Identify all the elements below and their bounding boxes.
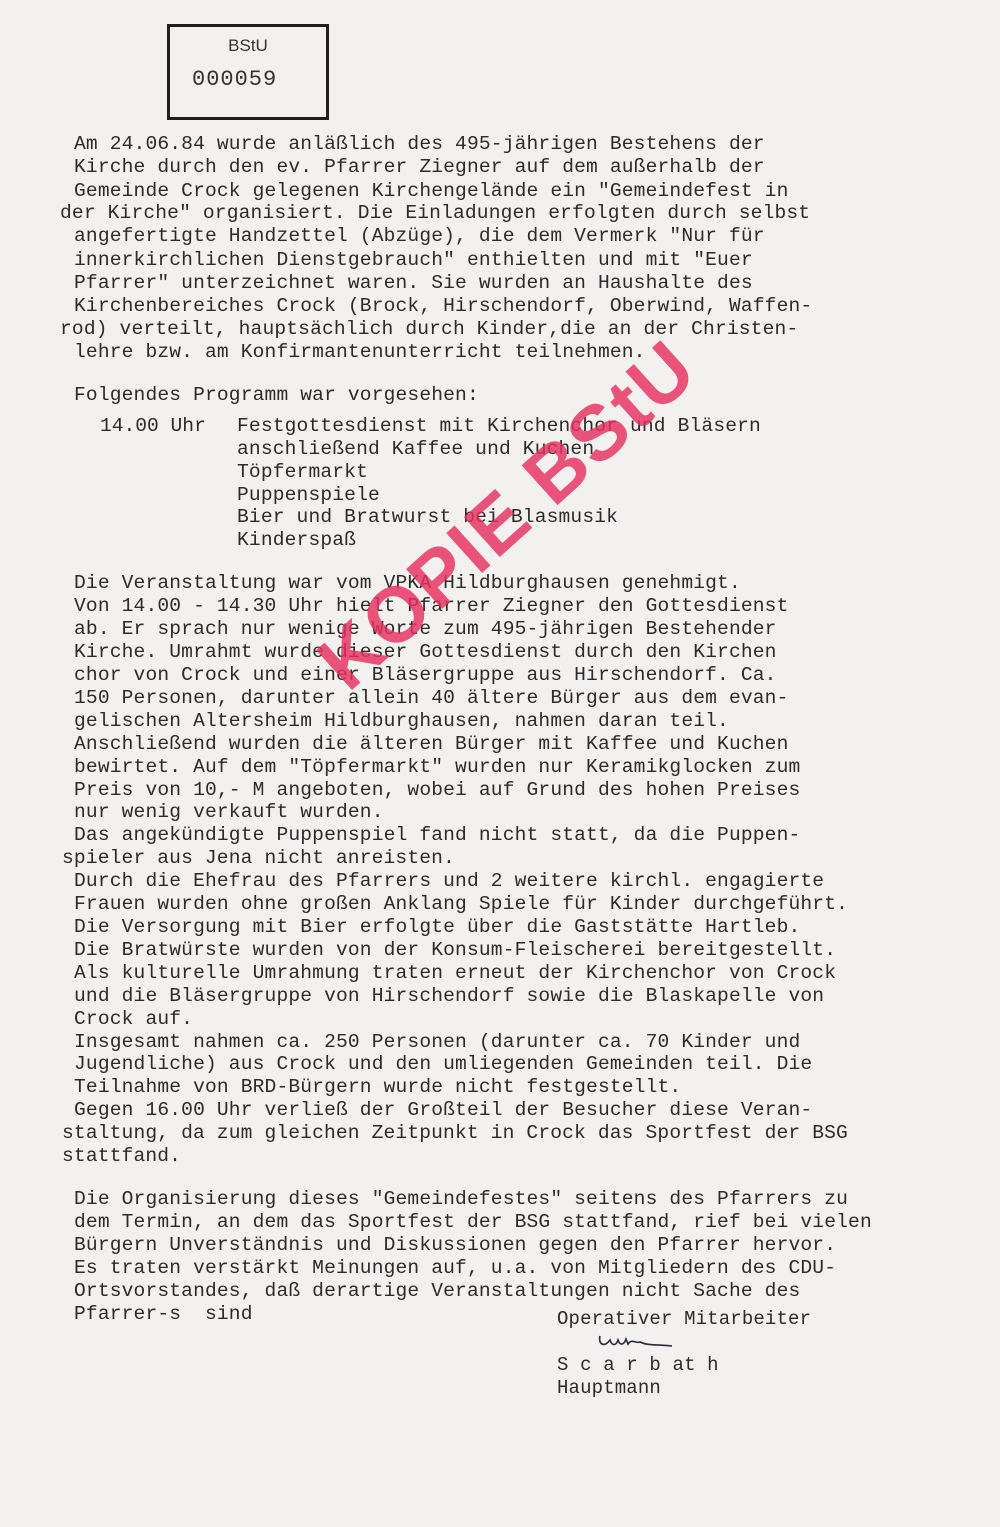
text-line: Am 24.06.84 wurde anläßlich des 495-jähr… <box>74 133 765 155</box>
text-line: Die Versorgung mit Bier erfolgte über di… <box>74 916 800 938</box>
text-line: Preis von 10,- M angeboten, wobei auf Gr… <box>74 779 800 801</box>
text-line: Die Bratwürste wurden von der Konsum-Fle… <box>74 939 836 961</box>
text-line: und die Bläsergruppe von Hirschendorf so… <box>74 985 824 1007</box>
text-line: lehre bzw. am Konfirmantenunterricht tei… <box>74 341 646 363</box>
text-line: stattfand. <box>62 1145 181 1167</box>
text-line: Das angekündigte Puppenspiel fand nicht … <box>74 824 800 846</box>
text-line: Jugendliche) aus Crock und den umliegend… <box>74 1053 812 1075</box>
text-line: Frauen wurden ohne großen Anklang Spiele… <box>74 893 848 915</box>
text-line: Pfarrer-s sind <box>74 1303 253 1325</box>
text-line: Anschließend wurden die älteren Bürger m… <box>74 733 789 755</box>
program-item: Festgottesdienst mit Kirchenchor und Blä… <box>237 415 761 437</box>
stamp-organization: BStU <box>170 36 326 56</box>
program-item: Puppenspiele <box>237 484 380 506</box>
handwritten-signature-icon <box>596 1330 676 1352</box>
text-line: Kirche durch den ev. Pfarrer Ziegner auf… <box>74 156 765 178</box>
text-line: dem Termin, an dem das Sportfest der BSG… <box>74 1211 872 1233</box>
archive-stamp: BStU 000059 <box>167 24 329 120</box>
text-line: Als kulturelle Umrahmung traten erneut d… <box>74 962 836 984</box>
text-line: gelischen Altersheim Hildburghausen, nah… <box>74 710 729 732</box>
text-line: Crock auf. <box>74 1008 193 1030</box>
text-line: innerkirchlichen Dienstgebrauch" enthiel… <box>74 249 753 271</box>
text-line: Die Organisierung dieses "Gemeindefestes… <box>74 1188 848 1210</box>
program-time: 14.00 Uhr <box>100 415 206 437</box>
text-line: 150 Personen, darunter allein 40 ältere … <box>74 687 789 709</box>
text-line: spieler aus Jena nicht anreisten. <box>62 847 455 869</box>
text-line: staltung, da zum gleichen Zeitpunkt in C… <box>62 1122 848 1144</box>
text-line: Insgesamt nahmen ca. 250 Personen (darun… <box>74 1031 800 1053</box>
text-line: Es traten verstärkt Meinungen auf, u.a. … <box>74 1257 836 1279</box>
signer-name: S c a r b at h <box>557 1354 719 1376</box>
text-line: Teilnahme von BRD-Bürgern wurde nicht fe… <box>74 1076 681 1098</box>
text-line: Durch die Ehefrau des Pfarrers und 2 wei… <box>74 870 824 892</box>
signer-role: Operativer Mitarbeiter <box>557 1308 811 1330</box>
text-line: Bürgern Unverständnis und Diskussionen g… <box>74 1234 836 1256</box>
text-line: Gegen 16.00 Uhr verließ der Großteil der… <box>74 1099 812 1121</box>
text-line: chor von Crock und einer Bläsergruppe au… <box>74 664 777 686</box>
text-line: angefertigte Handzettel (Abzüge), die de… <box>74 225 765 247</box>
text-line: Kirchenbereiches Crock (Brock, Hirschend… <box>74 295 812 317</box>
document-page: BStU 000059 Am 24.06.84 wurde anläßlich … <box>0 0 1000 1527</box>
text-line: Pfarrer" unterzeichnet waren. Sie wurden… <box>74 272 753 294</box>
text-line: Ortsvorstandes, daß derartige Veranstalt… <box>74 1280 800 1302</box>
text-line: bewirtet. Auf dem "Töpfermarkt" wurden n… <box>74 756 800 778</box>
signer-rank: Hauptmann <box>557 1377 661 1399</box>
stamp-number: 000059 <box>192 67 277 92</box>
text-line: der Kirche" organisiert. Die Einladungen… <box>60 202 810 224</box>
text-line: nur wenig verkauft wurden. <box>74 801 384 823</box>
program-item: Töpfermarkt <box>237 461 368 483</box>
text-line: Gemeinde Crock gelegenen Kirchengelände … <box>74 180 789 202</box>
program-item: Kinderspaß <box>237 529 356 551</box>
text-line: rod) verteilt, hauptsächlich durch Kinde… <box>60 318 798 340</box>
program-intro: Folgendes Programm war vorgesehen: <box>74 384 479 406</box>
